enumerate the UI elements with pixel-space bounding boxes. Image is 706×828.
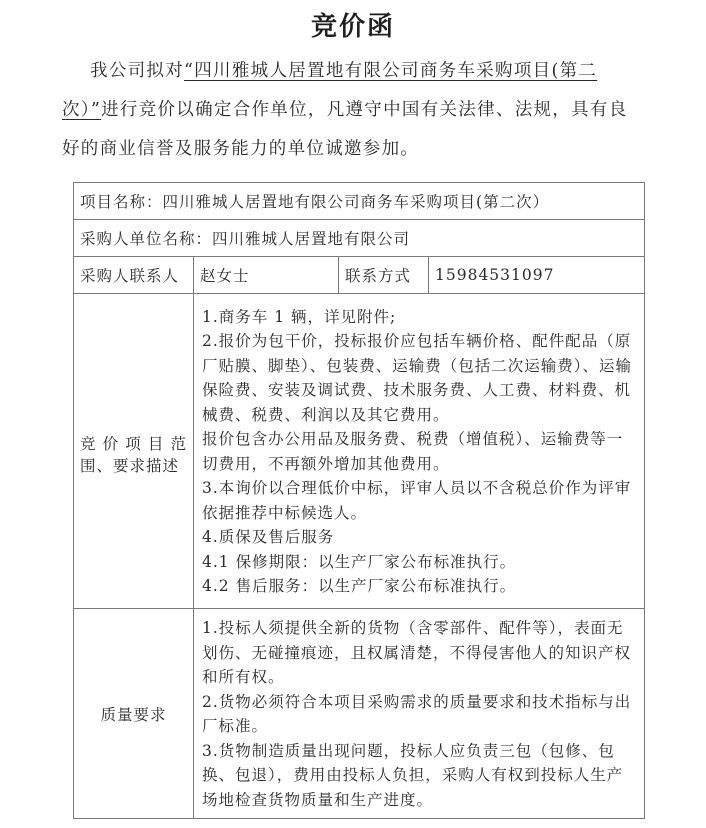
row-quality: 质量要求 1.投标人须提供全新的货物（含零部件、配件等），表面无划伤、无碰撞痕迹… (74, 609, 645, 819)
scope-item: 4.质保及售后服务 (202, 525, 638, 550)
intro-suffix: 进行竞价以确定合作单位，凡遵守中国有关法律、法规，具有良好的商业信誉及服务能力的… (62, 100, 628, 159)
quality-label: 质量要求 (74, 609, 194, 819)
row-scope: 竞价项目范围、要求描述 1.商务车 1 辆，详见附件; 2.报价为包干价，投标报… (74, 294, 645, 609)
row-buyer-unit: 采购人单位名称：四川雅城人居置地有限公司 (74, 220, 645, 257)
buyer-unit-label: 采购人单位名称： (80, 230, 212, 248)
scope-item: 2.报价为包干价，投标报价应包括车辆价格、配件配品（原厂贴膜、脚垫）、包装费、运… (202, 329, 638, 427)
scope-item: 报价包含办公用品及服务费、税费（增值税）、运输费等一切费用，不再额外增加其他费用… (202, 427, 638, 476)
intro-prefix: 我公司拟对 (90, 61, 184, 81)
scope-item: 3.本询价以合理低价中标，评审人员以不含税总价作为评审依据推荐中标候选人。 (202, 476, 638, 525)
project-name-value: 四川雅城人居置地有限公司商务车采购项目(第二次） (163, 193, 550, 211)
intro-paragraph: 我公司拟对“四川雅城人居置地有限公司商务车采购项目(第二次）”进行竞价以确定合作… (62, 52, 642, 169)
contact-method-label: 联系方式 (339, 257, 429, 294)
buyer-unit-value: 四川雅城人居置地有限公司 (212, 230, 410, 248)
contact-person-label: 采购人联系人 (74, 257, 194, 294)
quality-item: 1.投标人须提供全新的货物（含零部件、配件等），表面无划伤、无碰撞痕迹，且权属清… (202, 616, 638, 690)
contact-method-value: 15984531097 (429, 257, 645, 294)
scope-item: 4.1 保修期限：以生产厂家公布标准执行。 (202, 550, 638, 575)
scope-item: 1.商务车 1 辆，详见附件; (202, 305, 638, 330)
project-name-label: 项目名称： (80, 193, 163, 211)
contact-person-value: 赵女士 (194, 257, 339, 294)
project-name-cell: 项目名称：四川雅城人居置地有限公司商务车采购项目(第二次） (74, 183, 645, 220)
row-project-name: 项目名称：四川雅城人居置地有限公司商务车采购项目(第二次） (74, 183, 645, 220)
row-contact: 采购人联系人 赵女士 联系方式 15984531097 (74, 257, 645, 294)
quality-requirements: 1.投标人须提供全新的货物（含零部件、配件等），表面无划伤、无碰撞痕迹，且权属清… (194, 609, 645, 819)
quality-item: 2.货物必须符合本项目采购需求的质量要求和技术指标与出厂标准。 (202, 690, 638, 739)
scope-label: 竞价项目范围、要求描述 (74, 294, 194, 609)
buyer-unit-cell: 采购人单位名称：四川雅城人居置地有限公司 (74, 220, 645, 257)
scope-label-line2: 围、要求描述 (80, 454, 187, 478)
quality-item: 3.货物制造质量出现问题，投标人应负责三包（包修、包换、包退），费用由投标人负担… (202, 739, 638, 813)
scope-description: 1.商务车 1 辆，详见附件; 2.报价为包干价，投标报价应包括车辆价格、配件配… (194, 294, 645, 609)
document-title: 竞价函 (0, 6, 706, 43)
scope-item: 4.2 售后服务：以生产厂家公布标准执行。 (202, 574, 638, 599)
bidding-info-table: 项目名称：四川雅城人居置地有限公司商务车采购项目(第二次） 采购人单位名称：四川… (73, 182, 645, 819)
